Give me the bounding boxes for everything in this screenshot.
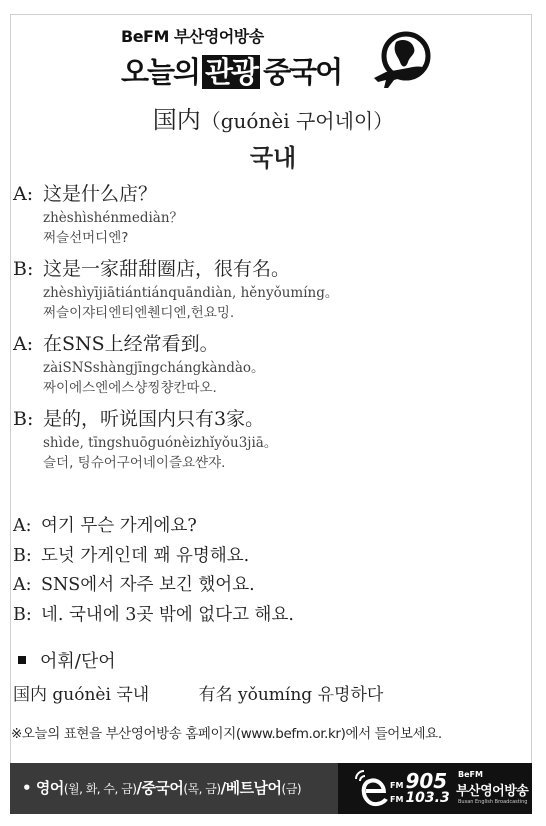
fm-frequency-2: FM103.3 bbox=[390, 790, 450, 806]
brand-name: BeFM 부산영어방송 bbox=[121, 24, 264, 47]
website-notice: ※오늘의 표현을 부산영어방송 홈페이지(www.befm.or.kr)에서 들… bbox=[11, 722, 442, 742]
title-suffix: 중국어 bbox=[263, 55, 341, 89]
vocab-item: 国内 guónèi 국내 bbox=[13, 680, 149, 705]
chinese-sentence: 这是什么店？ bbox=[43, 183, 157, 205]
bullet: • bbox=[22, 779, 31, 797]
broadcast-schedule: • 영어(월, 화, 수, 금)/중국어(목, 금)/베트남어(금) bbox=[10, 763, 338, 814]
dialog-turn: A:这是什么店？ zhèshìshénmediàn？ 쩌슬선머디엔? bbox=[13, 180, 513, 249]
pinyin-line: zhèshìshénmediàn？ bbox=[43, 208, 513, 228]
hangul-reading: 짜이에스엔에스샹찡챵칸따오. bbox=[43, 378, 513, 399]
pinyin-line: zàiSNSshàngjīngchángkàndào。 bbox=[43, 358, 513, 378]
speaker-label: B: bbox=[13, 405, 43, 433]
speaker-label: A: bbox=[13, 330, 43, 358]
korean-line: B:도넛 가게인데 꽤 유명해요. bbox=[13, 542, 513, 572]
pinyin-line: shìde, tīngshuōguónèizhǐyǒu3jiā。 bbox=[43, 433, 513, 453]
vocab-heading-text: 어휘/단어 bbox=[40, 651, 116, 672]
word-korean: 국내 bbox=[0, 138, 546, 173]
vocab-pinyin: guónèi bbox=[52, 685, 111, 705]
korean-dialog: A:여기 무슨 가게에요? B:도넛 가게인데 꽤 유명해요. A:SNS에서 … bbox=[13, 512, 513, 630]
word-reading: （guónèi 구어네이） bbox=[201, 109, 393, 133]
schedule-english-days: (월, 화, 수, 금) bbox=[64, 782, 137, 796]
speaker-label: A: bbox=[13, 512, 41, 542]
vocab-hanzi: 国内 bbox=[13, 685, 47, 705]
radio-e-logo-icon bbox=[352, 769, 392, 809]
dialog-turn: B:是的，听说国内只有3家。 shìde, tīngshuōguónèizhǐy… bbox=[13, 405, 513, 474]
globe-airplane-icon bbox=[368, 28, 434, 94]
vocab-pinyin: yǒumíng bbox=[238, 685, 312, 705]
word-hanzi: 国内 bbox=[153, 106, 201, 134]
station-sub: Busan English Broadcasting bbox=[458, 799, 527, 805]
schedule-chinese-days: (목, 금) bbox=[183, 782, 220, 796]
korean-line: B:네. 국내에 3곳 밖에 없다고 해요. bbox=[13, 601, 513, 631]
title-prefix: 오늘의 bbox=[121, 55, 199, 89]
chinese-sentence: 这是一家甜甜圈店，很有名。 bbox=[43, 258, 290, 280]
vocab-meaning: 유명하다 bbox=[318, 685, 384, 705]
schedule-english: 영어 bbox=[36, 779, 64, 797]
korean-sentence: 도넛 가게인데 꽤 유명해요. bbox=[41, 546, 249, 566]
speaker-label: A: bbox=[13, 571, 41, 601]
fm-freq: 103.3 bbox=[405, 790, 449, 806]
fm-label: FM bbox=[390, 781, 403, 790]
program-title: 오늘의관광중국어 bbox=[121, 50, 341, 91]
schedule-chinese: 중국어 bbox=[141, 779, 183, 797]
speaker-label: B: bbox=[13, 255, 43, 283]
vocab-heading: 어휘/단어 bbox=[18, 647, 116, 673]
hangul-reading: 슬더, 팅슈어구어네이즐요쌴쟈. bbox=[43, 453, 513, 474]
korean-line: A:여기 무슨 가게에요? bbox=[13, 512, 513, 542]
station-en: BeFM bbox=[458, 770, 483, 779]
chinese-sentence: 是的，听说国内只有3家。 bbox=[43, 408, 264, 430]
speaker-label: A: bbox=[13, 180, 43, 208]
hangul-reading: 쩌슬선머디엔? bbox=[43, 228, 513, 249]
vocab-item: 有名 yǒumíng 유명하다 bbox=[199, 680, 384, 705]
korean-sentence: SNS에서 자주 보긴 했어요. bbox=[41, 575, 255, 595]
speaker-label: B: bbox=[13, 542, 41, 572]
vocab-meaning: 국내 bbox=[116, 685, 149, 705]
hangul-reading: 쩌슬이쟈티엔티엔췐디엔,헌요밍. bbox=[43, 303, 513, 324]
chinese-sentence: 在SNS上经常看到。 bbox=[43, 333, 219, 355]
vocab-hanzi: 有名 bbox=[199, 685, 233, 705]
korean-sentence: 네. 국내에 3곳 밖에 없다고 해요. bbox=[41, 605, 294, 625]
pinyin-line: zhèshìyījiātiántiánquāndiàn, hěnyǒumíng。 bbox=[43, 283, 513, 303]
vocab-list: 国内 guónèi 국내 有名 yǒumíng 유명하다 bbox=[13, 680, 427, 705]
dialog-turn: B:这是一家甜甜圈店，很有名。 zhèshìyījiātiántiánquānd… bbox=[13, 255, 513, 324]
dialog-turn: A:在SNS上经常看到。 zàiSNSshàngjīngchángkàndào。… bbox=[13, 330, 513, 399]
station-ko: 부산영어방송 bbox=[456, 780, 528, 799]
square-bullet-icon bbox=[18, 656, 26, 664]
word-title: 国内（guónèi 구어네이） bbox=[0, 100, 546, 135]
title-highlight: 관광 bbox=[202, 55, 260, 89]
schedule-vietnamese: 베트남어 bbox=[226, 779, 282, 797]
schedule-vietnamese-days: (금) bbox=[282, 782, 301, 796]
chinese-dialog: A:这是什么店？ zhèshìshénmediàn？ 쩌슬선머디엔? B:这是一… bbox=[13, 180, 513, 480]
speaker-label: B: bbox=[13, 601, 41, 631]
program-logo: BeFM 부산영어방송 오늘의관광중국어 bbox=[10, 14, 532, 104]
korean-sentence: 여기 무슨 가게에요? bbox=[41, 516, 197, 536]
korean-line: A:SNS에서 자주 보긴 했어요. bbox=[13, 571, 513, 601]
station-logo: FM905 FM103.3 BeFM 부산영어방송 Busan English … bbox=[338, 763, 532, 814]
fm-label: FM bbox=[390, 795, 403, 804]
